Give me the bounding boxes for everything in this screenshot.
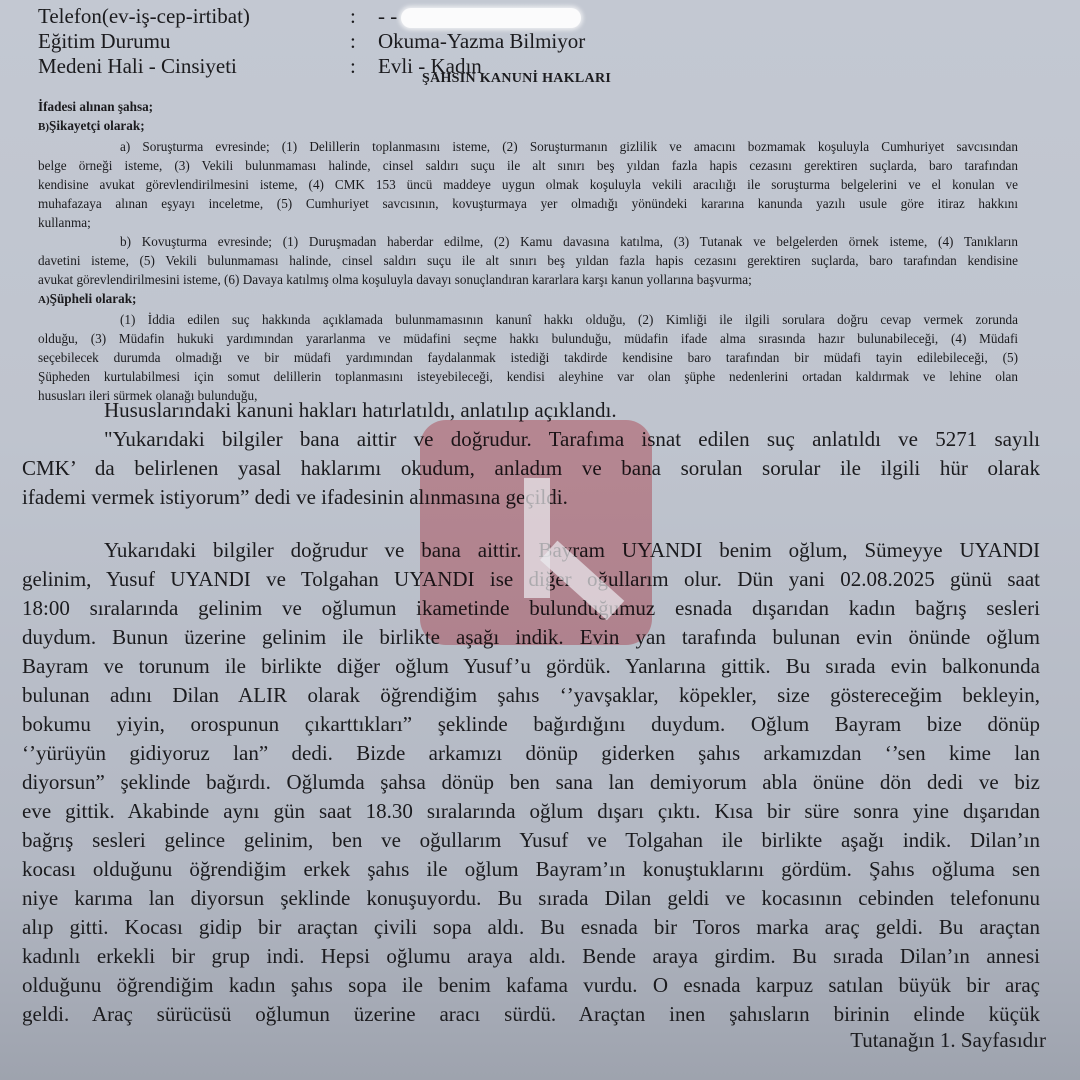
field-value: - -: [378, 4, 397, 28]
text-line: eve gittik. Akabinde aynı gün saat 18.30…: [22, 797, 1040, 826]
text-line: Bayram ve torunum ile birlikte diğer oğl…: [22, 652, 1040, 681]
text-line: davetini isteme, (5) Vekili bulunmaması …: [38, 251, 1018, 270]
text-line: bulunan adını Dilan ALIR olarak öğrendiğ…: [22, 681, 1040, 710]
rights-title: ŞAHSIN KANUNİ HAKLARI: [422, 71, 611, 87]
text-line: CMK’ da belirlenen yasal haklarımı okudu…: [22, 454, 1040, 483]
text-line: "Yukarıdaki bilgiler bana aittir ve doğr…: [22, 425, 1040, 454]
rights-section: İfadesi alınan şahsa; B)Şikayetçi olarak…: [38, 97, 1018, 405]
text-line: bağrış sesleri gelince gelinim, ben ve o…: [22, 826, 1040, 855]
complainant-heading: B)Şikayetçi olarak;: [38, 116, 1018, 137]
text-line: ifademi vermek istiyorum” dedi ve ifades…: [22, 483, 1040, 512]
text-line: niye karıma lan diyorsun şeklinde konuşu…: [22, 884, 1040, 913]
text-line: 18:00 sıralarında gelinim ve oğlumun ika…: [22, 594, 1040, 623]
text-line: geldi. Araç sürücüsü oğlumun üzerine ara…: [22, 1000, 1040, 1029]
text-line: kocası olduğunu öğrendiğim erkek şahıs i…: [22, 855, 1040, 884]
text-line: belge örneği isteme, (3) Vekili bulunmam…: [38, 156, 1018, 175]
text-line: muhafazaya alınan eşyayı inceletme, (5) …: [38, 194, 1018, 213]
field-colon: :: [350, 28, 378, 54]
text-line: a) Soruşturma evresinde; (1) Delillerin …: [38, 137, 1018, 156]
text-line: alıp gitti. Kocası gidip bir araçtan çiv…: [22, 913, 1040, 942]
field-label: Telefon(ev-iş-cep-irtibat): [38, 3, 350, 29]
phone-field: Telefon(ev-iş-cep-irtibat):- -: [38, 3, 581, 29]
text-line: kadınlı erkekli bir grup indi. Hepsi oğl…: [22, 942, 1040, 971]
document-page: Telefon(ev-iş-cep-irtibat):- - Eğitim Du…: [0, 0, 1080, 1080]
field-colon: :: [350, 53, 378, 79]
text-line: gelinim, Yusuf UYANDI ve Tolgahan UYANDI…: [22, 565, 1040, 594]
education-field: Eğitim Durumu:Okuma-Yazma Bilmiyor: [38, 28, 585, 54]
text-line: b) Kovuşturma evresinde; (1) Duruşmadan …: [38, 232, 1018, 251]
text-line: olduğu, (3) Müdafin hukuki yardımından y…: [38, 329, 1018, 348]
text-line: kullanma;: [38, 213, 1018, 232]
suspect-heading: A)Şüpheli olarak;: [38, 289, 1018, 310]
addressee-heading: İfadesi alınan şahsa;: [38, 97, 1018, 116]
page-footer: Tutanağın 1. Sayfasıdır: [850, 1028, 1046, 1053]
text-line: Yukarıdaki bilgiler doğrudur ve bana ait…: [22, 536, 1040, 565]
text-line: ‘’yürüyün gidiyoruz lan” dedi. Bizde ark…: [22, 739, 1040, 768]
text-line: avukat görevlendirilmesini isteme, (6) D…: [38, 270, 1018, 289]
redaction-mark: [401, 8, 581, 28]
field-colon: :: [350, 3, 378, 29]
statement-section: Yukarıdaki bilgiler doğrudur ve bana ait…: [22, 536, 1040, 1029]
field-label: Eğitim Durumu: [38, 28, 350, 54]
text-line: diyorsun” şeklinde bağırdı. Oğlumda şahs…: [22, 768, 1040, 797]
field-label: Medeni Hali - Cinsiyeti: [38, 53, 350, 79]
field-value: Okuma-Yazma Bilmiyor: [378, 29, 585, 53]
text-line: olduğunu öğrendiğim kadın şahıs sopa ile…: [22, 971, 1040, 1000]
declaration-section: Hususlarındaki kanuni hakları hatırlatıl…: [22, 396, 1040, 512]
text-line: seçebilecek durumda olmadığı ve bir müda…: [38, 348, 1018, 367]
text-line: kendisine avukat görevlendirilmesini ist…: [38, 175, 1018, 194]
text-line: bokumu yiyin, orospunun çıkarttıkları” ş…: [22, 710, 1040, 739]
text-line: (1) İddia edilen suç hakkında açıklamada…: [38, 310, 1018, 329]
reminder-line: Hususlarındaki kanuni hakları hatırlatıl…: [22, 396, 1040, 425]
marital-gender-field: Medeni Hali - Cinsiyeti:Evli - Kadın: [38, 53, 482, 79]
text-line: Şüpheden kurtulabilmesi için somut delil…: [38, 367, 1018, 386]
text-line: duydum. Bunun üzerine gelinim ile birlik…: [22, 623, 1040, 652]
